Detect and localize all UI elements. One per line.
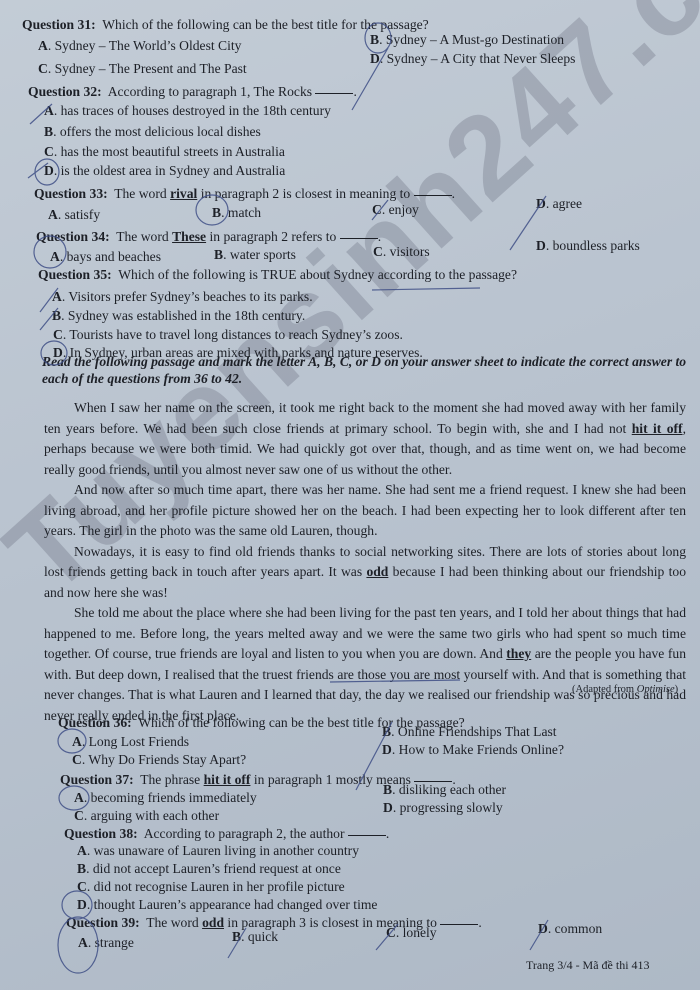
q35-option-a[interactable]: A. Visitors prefer Sydney’s beaches to i… (52, 289, 313, 305)
q39-option-a[interactable]: A. strange (78, 935, 134, 951)
q36-option-c[interactable]: C. Why Do Friends Stay Apart? (72, 752, 246, 768)
q31-option-a[interactable]: A. Sydney – The World’s Oldest City (38, 38, 241, 54)
q34-option-d[interactable]: D. boundless parks (536, 238, 640, 254)
reading-instruction: Read the following passage and mark the … (42, 353, 687, 387)
keyword-odd: odd (202, 915, 224, 930)
q36-option-d[interactable]: D. How to Make Friends Online? (382, 742, 564, 758)
q31-option-d[interactable]: D. Sydney – A City that Never Sleeps (370, 51, 575, 67)
q32-option-d[interactable]: D. is the oldest area in Sydney and Aust… (44, 163, 285, 179)
q35-option-b[interactable]: B. Sydney was established in the 18th ce… (52, 308, 305, 324)
q37-option-d[interactable]: D. progressing slowly (383, 800, 503, 816)
q38-option-a[interactable]: A. was unaware of Lauren living in anoth… (77, 843, 359, 859)
q36-option-b[interactable]: B. Online Friendships That Last (382, 724, 557, 740)
q31-option-b[interactable]: B. Sydney – A Must-go Destination (370, 32, 564, 48)
reading-passage: When I saw her name on the screen, it to… (44, 398, 686, 726)
q32-option-b[interactable]: B. offers the most delicious local dishe… (44, 124, 261, 140)
question-33: Question 33: The word rival in paragraph… (34, 186, 455, 202)
q33-option-c[interactable]: C. enjoy (372, 202, 419, 218)
exam-page: Tuyensinh247.com Question 31: Which of t… (0, 0, 700, 990)
question-31: Question 31: Which of the following can … (22, 17, 429, 33)
q32-option-c[interactable]: C. has the most beautiful streets in Aus… (44, 144, 285, 160)
keyword-these: These (172, 229, 206, 244)
question-32: Question 32: According to paragraph 1, T… (28, 84, 357, 100)
question-38: Question 38: According to paragraph 2, t… (64, 826, 389, 842)
paragraph-3: Nowadays, it is easy to find old friends… (44, 542, 686, 604)
q36-option-a[interactable]: A. Long Lost Friends (72, 734, 189, 750)
q33-option-a[interactable]: A. satisfy (48, 207, 100, 223)
q39-option-b[interactable]: B. quick (232, 929, 278, 945)
keyword-odd: odd (366, 564, 388, 579)
q34-option-a[interactable]: A. bays and beaches (50, 249, 161, 265)
passage-source: (Adapted from Optimise) (572, 684, 678, 695)
q33-option-d[interactable]: D. agree (536, 196, 582, 212)
q39-option-d[interactable]: D. common (538, 921, 602, 937)
q33-option-b[interactable]: B. match (212, 205, 261, 221)
paragraph-1: When I saw her name on the screen, it to… (44, 398, 686, 480)
question-34: Question 34: The word These in paragraph… (36, 229, 381, 245)
keyword-rival: rival (170, 186, 197, 201)
paragraph-4: She told me about the place where she ha… (44, 603, 686, 726)
keyword-hit-it-off: hit it off (632, 421, 683, 436)
question-35: Question 35: Which of the following is T… (38, 267, 517, 283)
q38-option-b[interactable]: B. did not accept Lauren’s friend reques… (77, 861, 341, 877)
q31-option-c[interactable]: C. Sydney – The Present and The Past (38, 61, 247, 77)
page-footer: Trang 3/4 - Mã đề thi 413 (526, 958, 650, 973)
q35-option-c[interactable]: C. Tourists have to travel long distance… (53, 327, 403, 343)
q39-option-c[interactable]: C. lonely (386, 925, 437, 941)
q37-option-c[interactable]: C. arguing with each other (74, 808, 219, 824)
q34-option-b[interactable]: B. water sports (214, 247, 296, 263)
paragraph-2: And now after so much time apart, there … (44, 480, 686, 542)
keyword-hit-it-off: hit it off (204, 772, 251, 787)
q34-option-c[interactable]: C. visitors (373, 244, 430, 260)
q37-option-b[interactable]: B. disliking each other (383, 782, 506, 798)
keyword-they: they (506, 646, 531, 661)
q38-option-d[interactable]: D. thought Lauren’s appearance had chang… (77, 897, 377, 913)
q37-option-a[interactable]: A. becoming friends immediately (74, 790, 257, 806)
q38-option-c[interactable]: C. did not recognise Lauren in her profi… (77, 879, 345, 895)
q32-option-a[interactable]: A. has traces of houses destroyed in the… (44, 103, 331, 119)
